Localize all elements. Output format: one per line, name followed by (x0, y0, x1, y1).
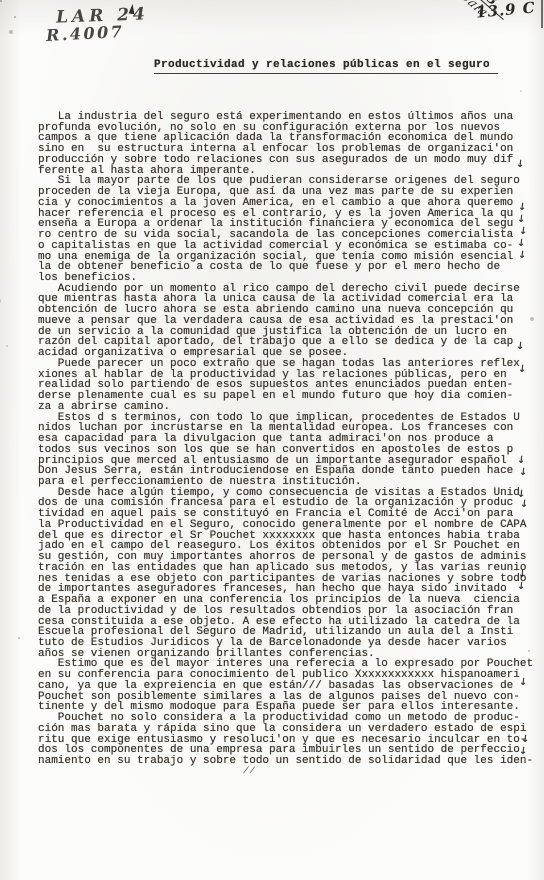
text-line: cia y conocimientos a la joven America, … (38, 198, 538, 209)
ink-hook-mark: ↓ (517, 570, 526, 580)
ink-hook-mark: ↓ (518, 747, 527, 757)
ink-hook-mark: ↓ (518, 468, 527, 478)
page-footer-mark: // (242, 766, 257, 776)
ink-hook-mark: ↓ (515, 160, 524, 170)
ink-hook-mark: ↓ (516, 215, 525, 225)
ink-hook-mark: ↓ (517, 251, 526, 261)
text-line: za a abrirse camino. (38, 402, 538, 413)
text-line: Puede parecer un poco extraño que se hag… (38, 359, 538, 370)
ink-hook-mark: ↓ (516, 456, 525, 466)
ink-hook-mark: ↓ (516, 239, 525, 249)
ink-hook-mark: ↓ (516, 582, 525, 592)
ink-hook-mark: ↓ (520, 735, 529, 745)
ink-hook-mark: ↓ (519, 500, 528, 510)
text-line: namiento en su trabajo y sobre todo un s… (38, 756, 538, 767)
handwritten-date-annotation: 12-7-63 Para Cala (422, 0, 510, 28)
scanned-document-page: LAR 24 R.4007 13.9 C 12-7-63 Para Cala P… (0, 0, 544, 880)
ink-hook-mark: ↓ (517, 203, 526, 213)
ink-hook-mark: ↓ (518, 227, 527, 237)
scan-edge-artifact (541, 0, 543, 28)
ink-hook-mark: ↓ (518, 678, 527, 688)
ink-hook-mark: ↓ (517, 365, 526, 375)
handwritten-code-r: R.4007 (46, 22, 125, 45)
ink-hook-mark: ↓ (515, 342, 524, 352)
text-line: tración en las entidades que han aplicad… (38, 563, 538, 574)
document-title: Productividad y relaciones públicas en e… (154, 59, 498, 74)
text-line: o capitalistas en que la actividad comer… (38, 241, 538, 252)
document-body: La industria del seguro está experimenta… (38, 112, 538, 767)
text-line: todos sus vecinos son los que se han con… (38, 445, 538, 456)
text-line: de la productividad y de los resultados … (38, 606, 538, 617)
text-line: ción mas barata y rápida sino que la con… (38, 724, 538, 735)
